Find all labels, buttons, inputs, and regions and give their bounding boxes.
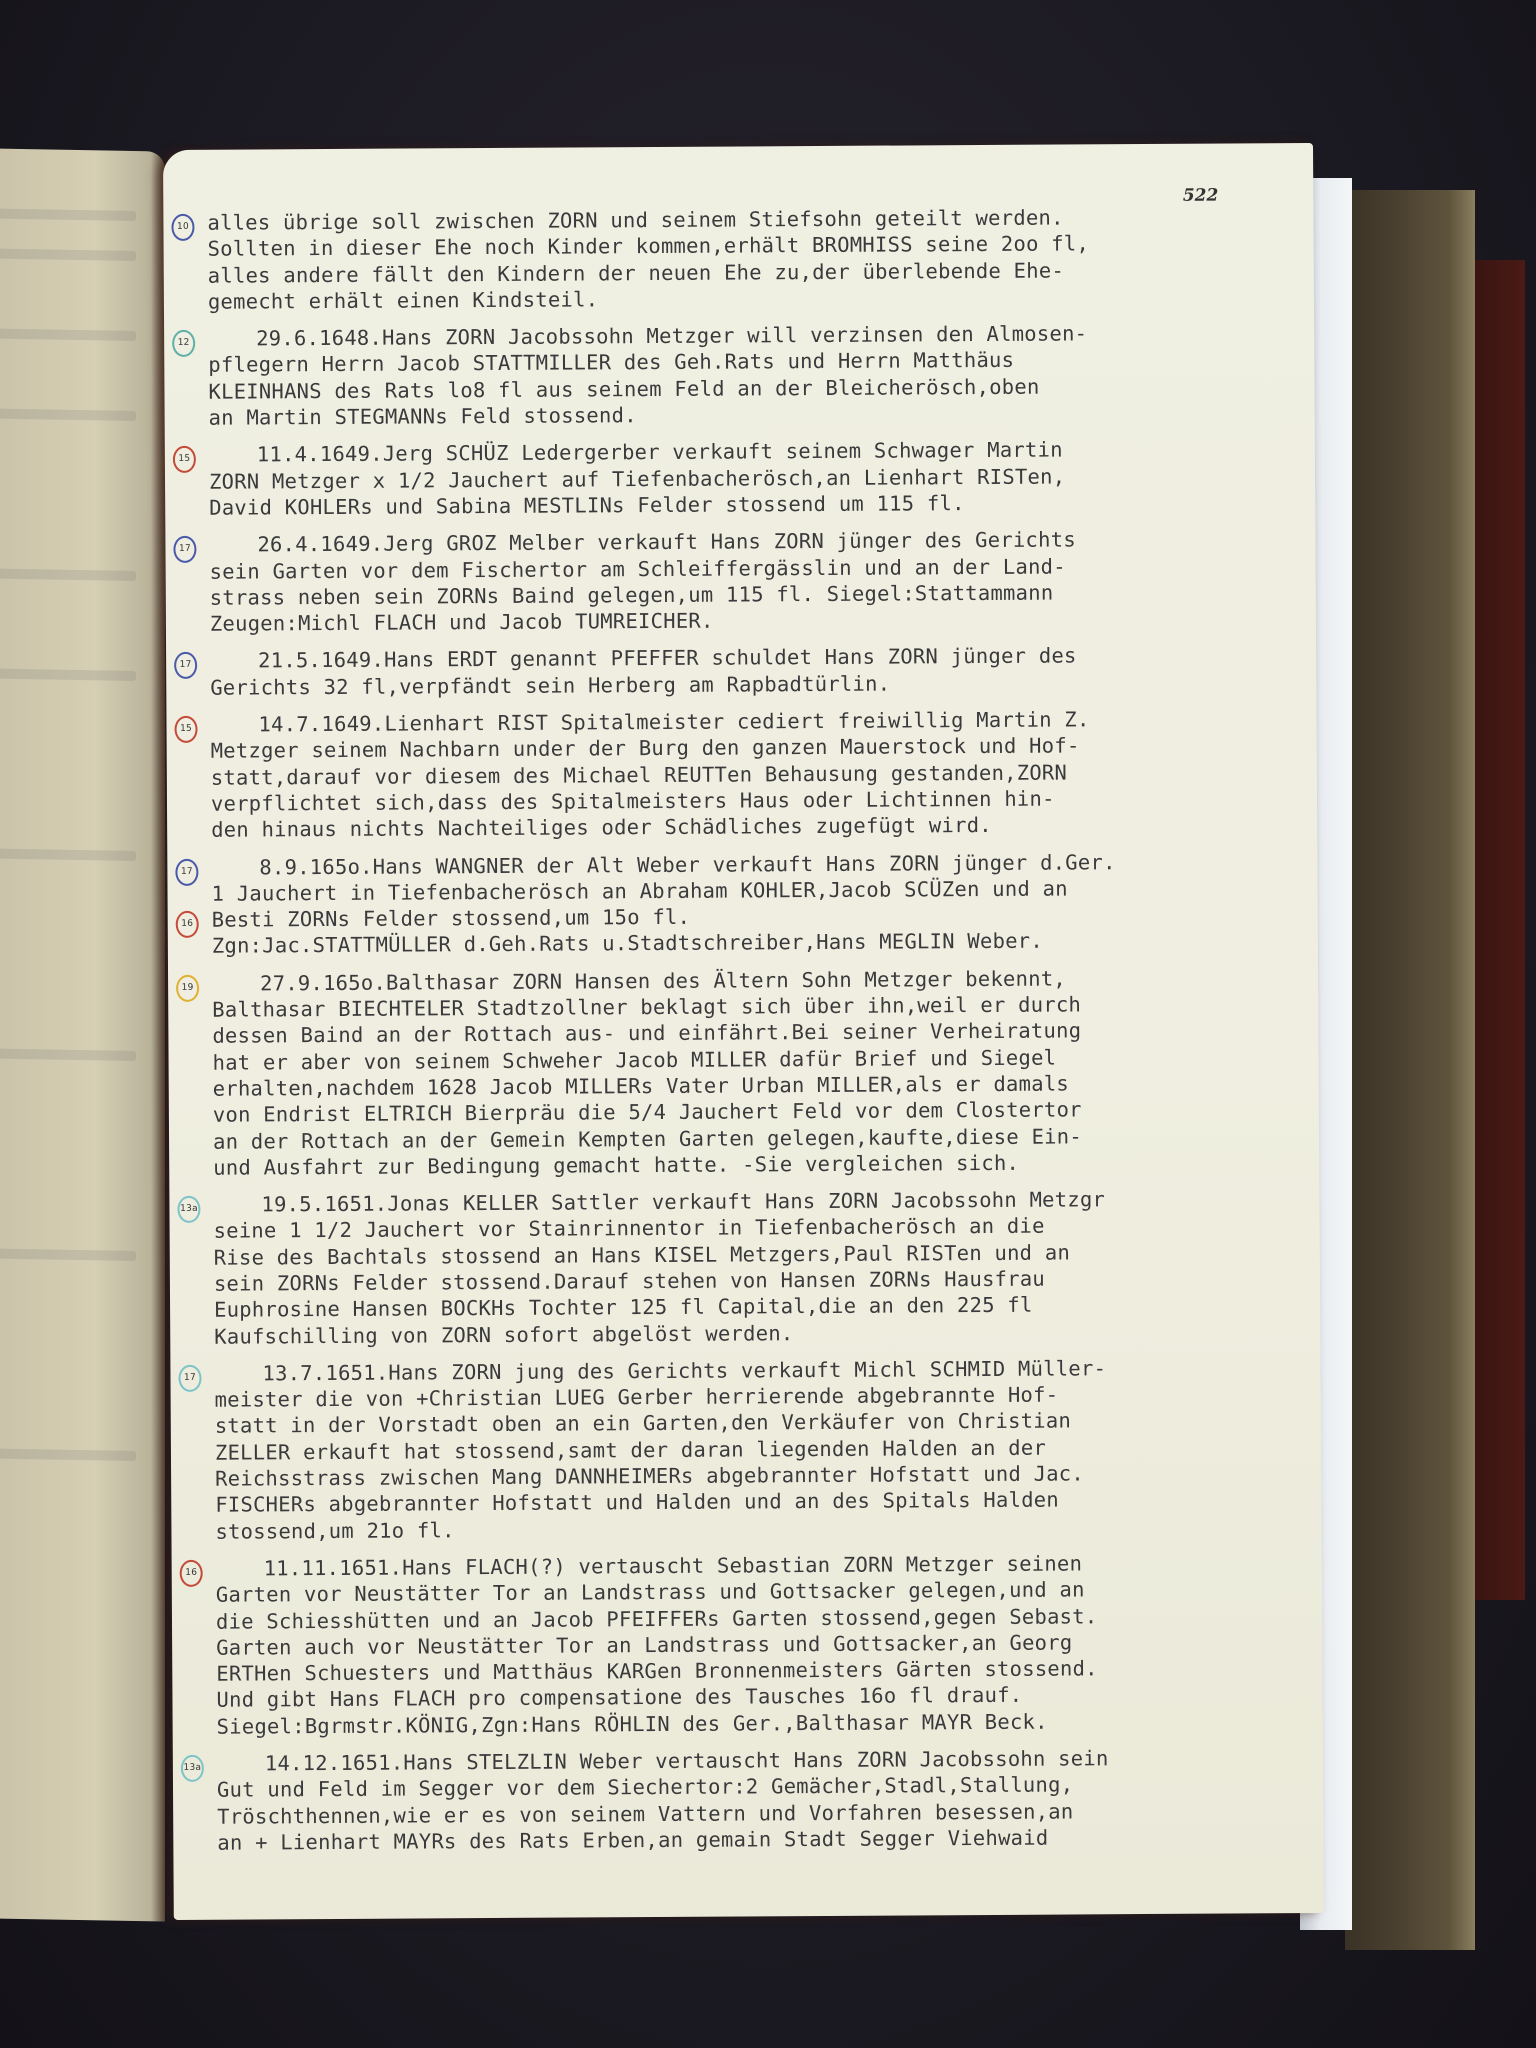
document-entry: 1511.4.1649.Jerg SCHÜZ Ledergerber verka… <box>209 435 1309 521</box>
document-entry: 1713.7.1651.Hans ZORN jung des Gerichts … <box>214 1354 1315 1545</box>
document-entry: 1927.9.165o.Balthasar ZORN Hansen des Äl… <box>212 964 1313 1181</box>
entry-line: David KOHLERs und Sabina MESTLINs Felder… <box>209 488 1309 521</box>
bleed-through-text <box>0 1249 136 1261</box>
entry-line: den hinaus nichts Nachteiliges oder Schä… <box>211 810 1311 843</box>
document-entry: 1721.5.1649.Hans ERDT genannt PFEFFER sc… <box>210 641 1310 700</box>
circled-margin-number-icon: 16 <box>180 1560 203 1587</box>
document-entry: 1229.6.1648.Hans ZORN Jacobssohn Metzger… <box>208 319 1309 431</box>
typewritten-page: 522 10alles übrige soll zwischen ZORN un… <box>163 143 1324 1920</box>
entry-line: und Ausfahrt zur Bedingung gemacht hatte… <box>213 1148 1313 1181</box>
circled-margin-number-icon: 10 <box>171 214 194 241</box>
document-entry: 13a19.5.1651.Jonas KELLER Sattler verkau… <box>213 1185 1314 1349</box>
document-entry: 10alles übrige soll zwischen ZORN und se… <box>207 203 1308 315</box>
bleed-through-text <box>0 249 136 261</box>
circled-margin-number-icon: 19 <box>176 975 199 1002</box>
circled-margin-number-icon: 17 <box>173 536 196 563</box>
entry-line: Zgn:Jac.STATTMÜLLER d.Geh.Rats u.Stadtsc… <box>212 926 1312 959</box>
entry-line: gemecht erhält einen Kindsteil. <box>208 282 1308 315</box>
bleed-through-text <box>0 669 136 681</box>
entries-list: 10alles übrige soll zwischen ZORN und se… <box>207 203 1317 1867</box>
facing-left-page <box>0 148 165 1921</box>
entry-line: Zeugen:Michl FLACH und Jacob TUMREICHER. <box>210 604 1310 637</box>
bleed-through-text <box>0 1449 136 1461</box>
circled-margin-number-icon: 13a <box>177 1196 200 1223</box>
document-entry: 1611.11.1651.Hans FLACH(?) vertauscht Se… <box>216 1549 1317 1740</box>
document-entry: 13a14.12.1651.Hans STELZLIN Weber vertau… <box>217 1744 1318 1856</box>
bleed-through-text <box>0 409 136 421</box>
bleed-through-text <box>0 849 136 861</box>
bleed-through-text <box>0 329 136 341</box>
bleed-through-text <box>0 1049 136 1061</box>
circled-margin-number-icon: 15 <box>173 446 196 473</box>
document-entry: 1726.4.1649.Jerg GROZ Melber verkauft Ha… <box>209 525 1310 637</box>
circled-margin-number-icon: 13a <box>181 1755 204 1782</box>
circled-margin-number-icon: 16 <box>176 910 199 937</box>
circled-margin-number-icon: 15 <box>174 716 197 743</box>
circled-margin-number-icon: 17 <box>178 1365 201 1392</box>
entry-line: Gerichts 32 fl,verpfändt sein Herberg am… <box>210 668 1310 701</box>
bleed-through-text <box>0 209 136 221</box>
document-entry: 17168.9.165o.Hans WANGNER der Alt Weber … <box>211 848 1312 960</box>
circled-margin-number-icon: 17 <box>174 652 197 679</box>
book-page-edges <box>1345 190 1475 1950</box>
bleed-through-text <box>0 569 136 581</box>
entry-line: an + Lienhart MAYRs des Rats Erben,an ge… <box>217 1823 1317 1856</box>
circled-margin-number-icon: 17 <box>175 858 198 885</box>
entry-line: an Martin STEGMANNs Feld stossend. <box>209 398 1309 431</box>
circled-margin-number-icon: 12 <box>172 330 195 357</box>
red-cloth-background <box>1475 260 1525 1600</box>
document-entry: 1514.7.1649.Lienhart RIST Spitalmeister … <box>210 705 1311 843</box>
